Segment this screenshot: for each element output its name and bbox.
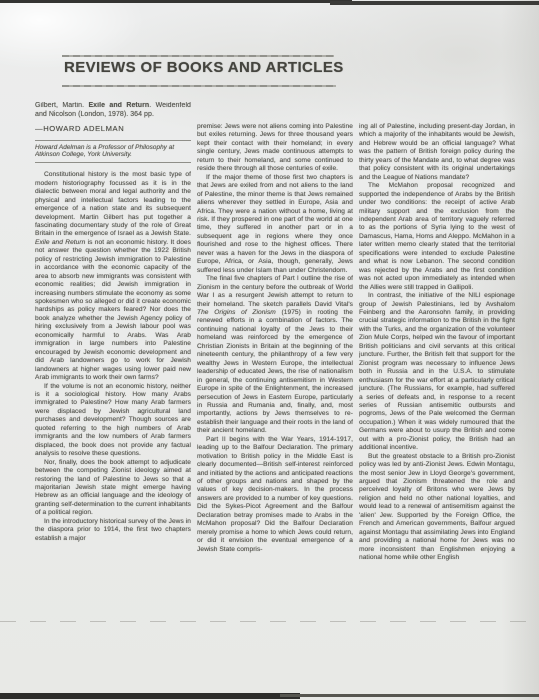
col2-paragraph-3-text-b: (1975) in rooting the renewed efforts in… bbox=[197, 309, 353, 434]
col3-paragraph-3: In contrast, the initiative of the NILI … bbox=[359, 292, 515, 453]
col1-paragraph-3: Nor, finally, does the book attempt to a… bbox=[35, 459, 191, 518]
col2-paragraph-4: Part II begins with the War Years, 1914-… bbox=[197, 436, 353, 554]
scan-artifact-bottom-left bbox=[0, 693, 300, 699]
col3-paragraph-1: ing all of Palestine, including present-… bbox=[359, 123, 515, 182]
citation-authors: Gilbert, Martin. bbox=[35, 102, 88, 109]
col2-paragraph-3: The final five chapters of Part I outlin… bbox=[197, 275, 353, 436]
reviewer-bio: Howard Adelman is a Professor of Philoso… bbox=[35, 140, 191, 164]
scan-artifact-bottom-right bbox=[280, 694, 539, 697]
col1-paragraph-1: Constitutional history is the most basic… bbox=[35, 171, 191, 382]
book-title-inline: Exile and Return bbox=[35, 239, 85, 246]
column-left: Gilbert, Martin. Exile and Return. Weide… bbox=[35, 102, 191, 628]
col1-paragraph-2: If the volume is not an economic history… bbox=[35, 383, 191, 459]
col2-paragraph-2: If the major theme of those first two ch… bbox=[197, 174, 353, 275]
scan-artifact-faint-line bbox=[0, 621, 539, 622]
header-rule-top bbox=[62, 55, 334, 57]
citation-book-title: Exile and Return bbox=[88, 102, 149, 109]
book-citation: Gilbert, Martin. Exile and Return. Weide… bbox=[35, 102, 191, 119]
col1-paragraph-1-text-a: Constitutional history is the most basic… bbox=[35, 171, 191, 237]
col3-paragraph-2: The McMahon proposal recognized and supp… bbox=[359, 182, 515, 292]
scan-artifact-top-right bbox=[330, 1, 539, 5]
col1-paragraph-1-text-b: is not an economic history. It does not … bbox=[35, 239, 191, 381]
page-title: REVIEWS OF BOOKS AND ARTICLES bbox=[64, 59, 344, 76]
col2-paragraph-3-text-a: The final five chapters of Part I outlin… bbox=[197, 275, 353, 307]
column-right: ing all of Palestine, including present-… bbox=[359, 123, 515, 616]
column-middle: premise: Jews were not aliens coming int… bbox=[197, 123, 353, 622]
col1-paragraph-4: In the introductory historical survey of… bbox=[35, 518, 191, 543]
header-rule-bottom bbox=[62, 85, 336, 87]
referenced-book-title-inline: The Origins of Zionism bbox=[197, 309, 276, 316]
scan-artifact-top-left bbox=[0, 0, 352, 3]
scanned-journal-page: REVIEWS OF BOOKS AND ARTICLES Gilbert, M… bbox=[0, 0, 539, 700]
reviewer-name: —HOWARD ADELMAN bbox=[35, 125, 191, 133]
col3-paragraph-4: But the greatest obstacle to a British p… bbox=[359, 453, 515, 563]
col2-paragraph-1: premise: Jews were not aliens coming int… bbox=[197, 123, 353, 174]
